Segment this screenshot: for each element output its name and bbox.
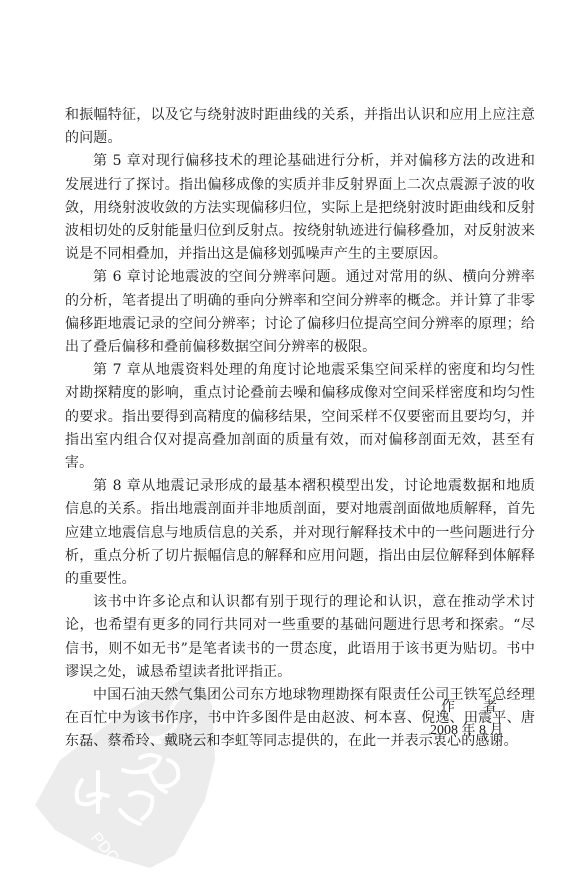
author-char-1: 作 (441, 695, 455, 719)
signature-author: 作 者 (430, 695, 497, 719)
document-page: PDG 和振幅特征，以及它与绕射波时距曲线的关系，并指出认识和应用上应注意的问题… (0, 0, 586, 880)
paragraph-closing: 该书中许多论点和认识都有别于现行的理论和认识，意在推动学术讨论，也希望有更多的同… (65, 591, 535, 684)
preface-body: 和振幅特征，以及它与绕射波时距曲线的关系，并指出认识和应用上应注意的问题。 第 … (65, 104, 535, 754)
paragraph-chapter-7: 第 7 章从地震资料处理的角度讨论地震采集空间采样的密度和均匀性对勘探精度的影响… (65, 359, 535, 475)
paragraph-chapter-5: 第 5 章对现行偏移技术的理论基础进行分析，并对偏移方法的改进和发展进行了探讨。… (65, 150, 535, 266)
watermark-label: PDG (87, 830, 122, 867)
paragraph-continued: 和振幅特征，以及它与绕射波时距曲线的关系，并指出认识和应用上应注意的问题。 (65, 104, 535, 150)
signature-date: 2008 年 8 月 (430, 719, 530, 743)
signature-block: 作 者 2008 年 8 月 (430, 695, 530, 743)
author-char-2: 者 (483, 695, 497, 719)
paragraph-chapter-6: 第 6 章讨论地震波的空间分辨率问题。通过对常用的纵、横向分辨率的分析，笔者提出… (65, 266, 535, 359)
paragraph-chapter-8: 第 8 章从地震记录形成的最基本褶积模型出发，讨论地震数据和地质信息的关系。指出… (65, 475, 535, 591)
